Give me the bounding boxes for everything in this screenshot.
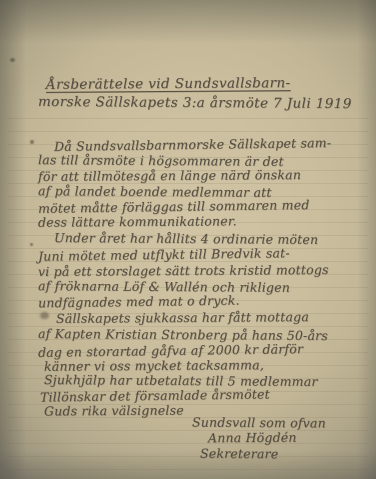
handwriting-line: dess lättare kommunikationer. xyxy=(38,214,237,229)
handwriting-line: undfägnades med mat o dryck. xyxy=(38,294,240,311)
scanned-letter-photo: Årsberättelse vid Sundsvallsbarn- morske… xyxy=(0,0,376,479)
handwriting-line: för att tillmötesgå en länge närd önskan xyxy=(38,168,301,184)
handwriting-line: Guds rika välsignelse xyxy=(44,404,184,419)
heading-line-2: morske Sällskapets 3:a årsmöte 7 Juli 19… xyxy=(38,95,352,111)
handwriting-line: Sällskapets sjukkassa har fått mottaga xyxy=(56,310,309,326)
heading-line-1: Årsberättelse vid Sundsvallsbarn- xyxy=(46,76,291,92)
handwriting-line: Sjukhjälp har utbetalats till 5 medlemma… xyxy=(44,373,318,389)
handwriting-line: vi på ett storslaget sätt trots kristid … xyxy=(38,263,329,279)
signature-title: Sekreterare xyxy=(200,447,278,462)
handwriting-line: af fröknarna Löf & Wallén och rikligen xyxy=(38,279,290,295)
signature-name: Anna Högdén xyxy=(208,431,297,446)
signature-place: Sundsvall som ofvan xyxy=(192,416,326,431)
